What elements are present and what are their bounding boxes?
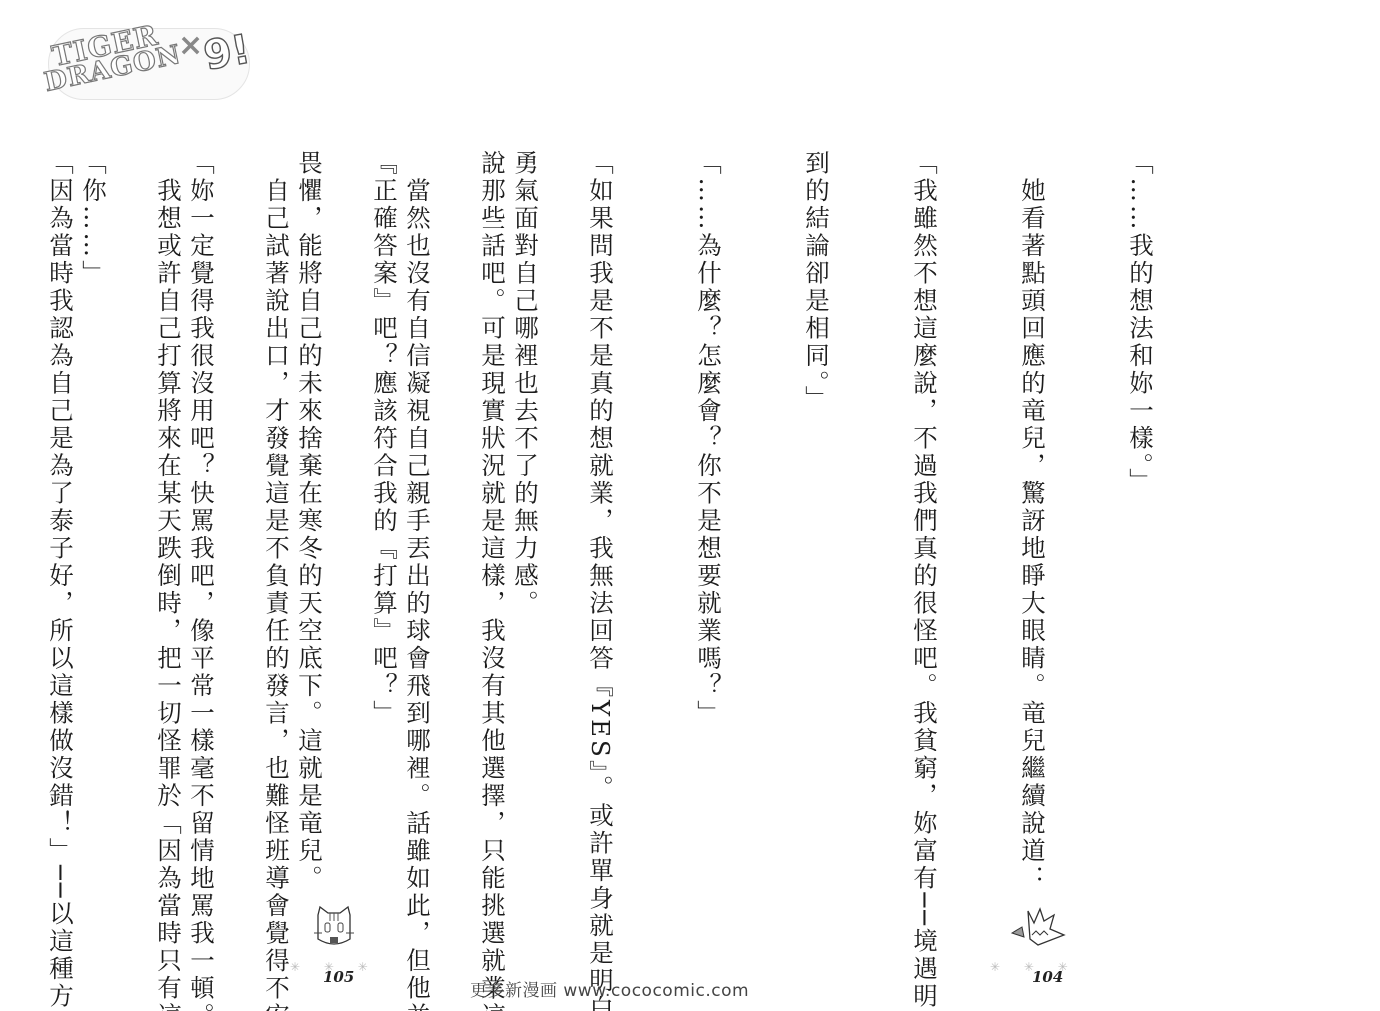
logo-times-sign: ×	[178, 28, 203, 63]
text-column: 她看著點頭回應的竜兒，驚訝地睜大眼睛。竜兒繼續說道：	[1014, 150, 1050, 890]
text-column: 畏懼，能將自己的未來捨棄在寒冬的天空底下。這就是竜兒。	[291, 150, 327, 890]
text-column: 「你……」	[75, 150, 111, 890]
series-logo: TIGER DRAGON × 9!	[18, 10, 258, 100]
text-column: 當然也沒有自信凝視自己親手丟出的球會飛到哪裡。話雖如此，但他並非絲毫沒有任何	[399, 150, 435, 890]
cat-mascot-icon	[312, 905, 356, 953]
page-number-left: 105	[323, 968, 354, 986]
text-column: 「我雖然不想這麼說，不過我們真的很怪吧。我貧窮，妳富有──境遇明明完全相反，得	[906, 150, 942, 890]
dragon-mascot-icon	[1010, 905, 1070, 949]
page-number-right: 104	[1032, 968, 1063, 986]
text-column: 到的結論卻是相同。」	[798, 150, 834, 890]
logo-number: 9!	[200, 26, 253, 79]
text-column: 「……為什麼？怎麼會？你不是想要就業嗎？」	[690, 150, 726, 890]
text-column: 「……我的想法和妳一樣。」	[1122, 150, 1158, 890]
text-column: 大河沒有罵他是狗、豬、蟲、狗屎還是狒狒，只是閉上嘴巴看著腳尖低聲說道：	[0, 150, 3, 890]
text-column: 勇氣面對自己哪裡也去不了的無力感。	[507, 150, 543, 890]
left-page-text: 勇氣面對自己哪裡也去不了的無力感。 當然也沒有自信凝視自己親手丟出的球會飛到哪裡…	[0, 150, 615, 890]
text-column: 「妳一定覺得我很沒用吧？快罵我吧，像平常一樣毫不留情地罵我一頓。」	[183, 150, 219, 890]
site-watermark: 更多新漫画 www.cococomic.com	[470, 976, 749, 1001]
